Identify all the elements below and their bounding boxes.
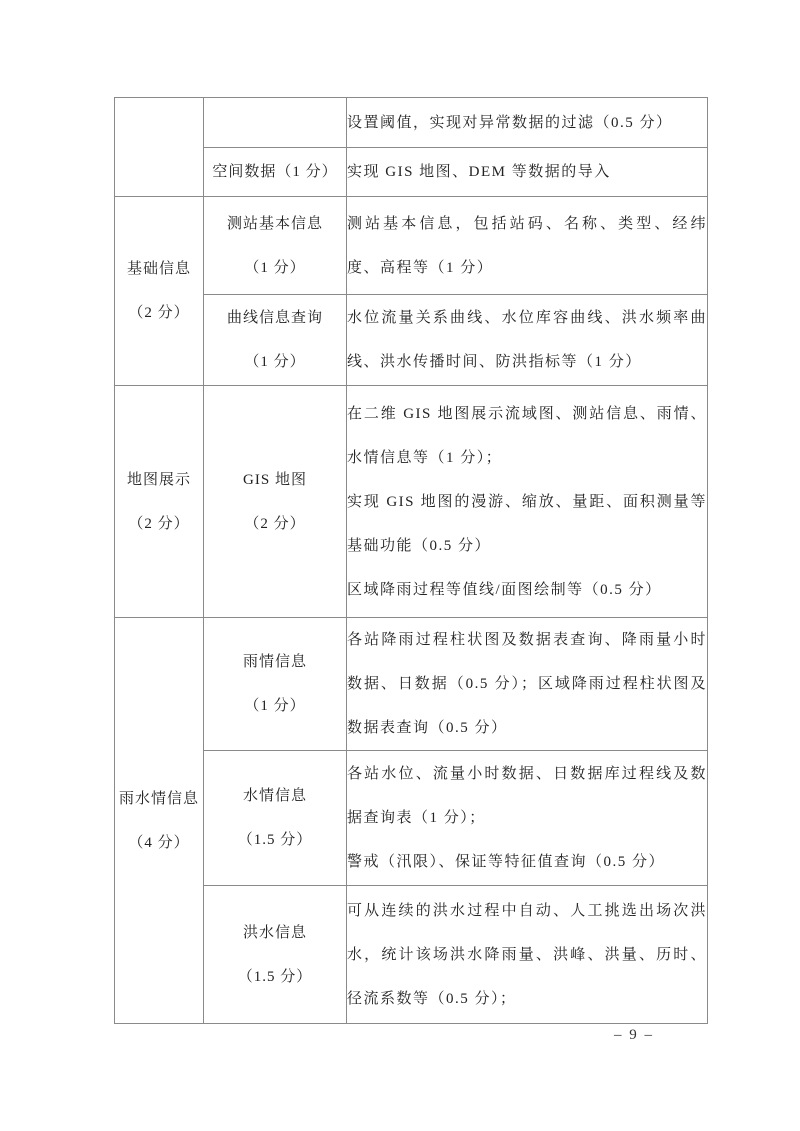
subitem-cell-flood-info: 洪水信息 （1.5 分）	[204, 886, 347, 1024]
description-cell: 设置阈值，实现对异常数据的过滤（0.5 分）	[347, 98, 708, 148]
subitem-cell-water-info: 水情信息 （1.5 分）	[204, 751, 347, 886]
table-row: 地图展示 （2 分） GIS 地图 （2 分） 在二维 GIS 地图展示流域图、…	[115, 386, 708, 618]
description-cell: 各站降雨过程柱状图及数据表查询、降雨量小时数据、日数据（0.5 分）；区域降雨过…	[347, 618, 708, 751]
description-paragraph: 在二维 GIS 地图展示流域图、测站信息、雨情、水情信息等（1 分）；	[347, 392, 707, 480]
description-paragraph: 水位流量关系曲线、水位库容曲线、洪水频率曲线、洪水传播时间、防洪指标等（1 分）	[347, 296, 707, 384]
page-number: – 9 –	[588, 1027, 680, 1044]
subitem-label: 雨情信息	[204, 640, 346, 684]
description-paragraph: 各站水位、流量小时数据、日数据库过程线及数据查询表（1 分）；	[347, 752, 707, 840]
subitem-score: （1.5 分）	[204, 818, 346, 862]
subitem-cell-empty	[204, 98, 347, 148]
table-row: 雨水情信息 （4 分） 雨情信息 （1 分） 各站降雨过程柱状图及数据表查询、降…	[115, 618, 708, 751]
category-cell-rain-water-info: 雨水情信息 （4 分）	[115, 618, 204, 1024]
subitem-cell-station-info: 测站基本信息 （1 分）	[204, 197, 347, 295]
category-cell-basic-info: 基础信息 （2 分）	[115, 197, 204, 386]
subitem-score: （2 分）	[204, 502, 346, 546]
table-row: 洪水信息 （1.5 分） 可从连续的洪水过程中自动、人工挑选出场次洪水，统计该场…	[115, 886, 708, 1024]
table-row: 曲线信息查询 （1 分） 水位流量关系曲线、水位库容曲线、洪水频率曲线、洪水传播…	[115, 295, 708, 386]
subitem-cell-rain-info: 雨情信息 （1 分）	[204, 618, 347, 751]
subitem-cell-gis-map: GIS 地图 （2 分）	[204, 386, 347, 618]
table-row: 空间数据（1 分） 实现 GIS 地图、DEM 等数据的导入	[115, 148, 708, 197]
table-row: 设置阈值，实现对异常数据的过滤（0.5 分）	[115, 98, 708, 148]
subitem-label: 空间数据（1 分）	[204, 150, 346, 194]
category-label: 雨水情信息	[115, 777, 203, 821]
description-paragraph: 区域降雨过程等值线/面图绘制等（0.5 分）	[347, 568, 707, 612]
subitem-label: 测站基本信息	[204, 202, 346, 246]
subitem-label: GIS 地图	[204, 458, 346, 502]
subitem-score: （1 分）	[204, 684, 346, 728]
scoring-rubric-table: 设置阈值，实现对异常数据的过滤（0.5 分） 空间数据（1 分） 实现 GIS …	[114, 97, 708, 1024]
description-paragraph: 可从连续的洪水过程中自动、人工挑选出场次洪水，统计该场洪水降雨量、洪峰、洪量、历…	[347, 889, 707, 1021]
category-label: 地图展示	[115, 458, 203, 502]
subitem-label: 洪水信息	[204, 911, 346, 955]
table-row: 水情信息 （1.5 分） 各站水位、流量小时数据、日数据库过程线及数据查询表（1…	[115, 751, 708, 886]
category-cell-continued	[115, 98, 204, 197]
description-paragraph: 测站基本信息，包括站码、名称、类型、经纬度、高程等（1 分）	[347, 202, 707, 290]
description-paragraph: 各站降雨过程柱状图及数据表查询、降雨量小时数据、日数据（0.5 分）；区域降雨过…	[347, 618, 707, 750]
description-cell: 在二维 GIS 地图展示流域图、测站信息、雨情、水情信息等（1 分）； 实现 G…	[347, 386, 708, 618]
subitem-cell-spatial-data: 空间数据（1 分）	[204, 148, 347, 197]
description-paragraph: 实现 GIS 地图、DEM 等数据的导入	[347, 150, 707, 194]
description-cell: 各站水位、流量小时数据、日数据库过程线及数据查询表（1 分）； 警戒（汛限）、保…	[347, 751, 708, 886]
description-cell: 水位流量关系曲线、水位库容曲线、洪水频率曲线、洪水传播时间、防洪指标等（1 分）	[347, 295, 708, 386]
subitem-cell-curve-query: 曲线信息查询 （1 分）	[204, 295, 347, 386]
document-page: 设置阈值，实现对异常数据的过滤（0.5 分） 空间数据（1 分） 实现 GIS …	[0, 0, 800, 1131]
category-cell-map-display: 地图展示 （2 分）	[115, 386, 204, 618]
subitem-score: （1.5 分）	[204, 955, 346, 999]
table-row: 基础信息 （2 分） 测站基本信息 （1 分） 测站基本信息，包括站码、名称、类…	[115, 197, 708, 295]
category-score: （4 分）	[115, 821, 203, 865]
description-paragraph: 实现 GIS 地图的漫游、缩放、量距、面积测量等基础功能（0.5 分）	[347, 480, 707, 568]
category-score: （2 分）	[115, 502, 203, 546]
category-score: （2 分）	[115, 291, 203, 335]
subitem-label: 水情信息	[204, 774, 346, 818]
subitem-label: 曲线信息查询	[204, 296, 346, 340]
description-cell: 实现 GIS 地图、DEM 等数据的导入	[347, 148, 708, 197]
category-label: 基础信息	[115, 247, 203, 291]
description-cell: 测站基本信息，包括站码、名称、类型、经纬度、高程等（1 分）	[347, 197, 708, 295]
subitem-score: （1 分）	[204, 340, 346, 384]
description-cell: 可从连续的洪水过程中自动、人工挑选出场次洪水，统计该场洪水降雨量、洪峰、洪量、历…	[347, 886, 708, 1024]
description-paragraph: 设置阈值，实现对异常数据的过滤（0.5 分）	[347, 101, 707, 145]
description-paragraph: 警戒（汛限）、保证等特征值查询（0.5 分）	[347, 840, 707, 884]
subitem-score: （1 分）	[204, 246, 346, 290]
